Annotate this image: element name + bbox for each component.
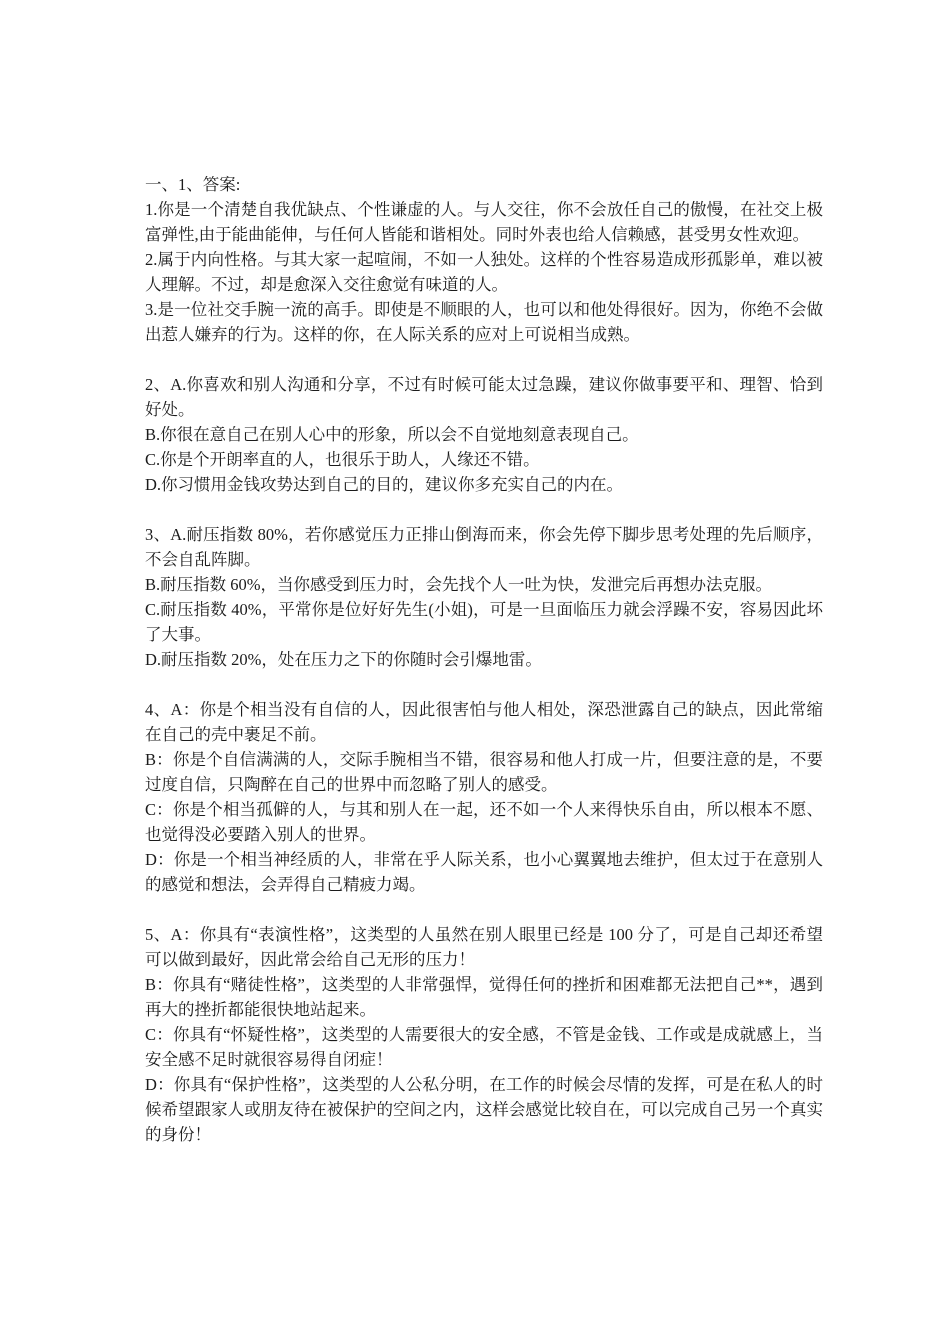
paragraph-q3-option-c: C.耐压指数 40%，平常你是位好好先生(小姐)，可是一旦面临压力就会浮躁不安，… [145,597,823,647]
paragraph-q4-option-d: D：你是一个相当神经质的人，非常在乎人际关系，也小心翼翼地去维护，但太过于在意别… [145,847,823,897]
paragraph-q1-result-2: 2.属于内向性格。与其大家一起喧闹，不如一人独处。这样的个性容易造成形孤影单，难… [145,247,823,297]
paragraph-q4-option-b: B：你是个自信满满的人，交际手腕相当不错，很容易和他人打成一片，但要注意的是，不… [145,747,823,797]
paragraph-q2-option-a: 2、A.你喜欢和别人沟通和分享，不过有时候可能太过急躁，建议你做事要平和、理智、… [145,372,823,422]
section-answers-q3: 3、A.耐压指数 80%，若你感觉压力正排山倒海而来，你会先停下脚步思考处理的先… [145,522,823,672]
paragraph-q1-result-1: 1.你是一个清楚自我优缺点、个性谦虚的人。与人交往，你不会放任自己的傲慢，在社交… [145,197,823,247]
paragraph-q4-option-c: C：你是个相当孤僻的人，与其和别人在一起，还不如一个人来得快乐自由，所以根本不愿… [145,797,823,847]
paragraph-q2-option-b: B.你很在意自己在别人心中的形象，所以会不自觉地刻意表现自己。 [145,422,823,447]
paragraph-q2-option-d: D.你习惯用金钱攻势达到自己的目的，建议你多充实自己的内在。 [145,472,823,497]
document-page: 一、1、答案: 1.你是一个清楚自我优缺点、个性谦虚的人。与人交往，你不会放任自… [0,0,950,1344]
paragraph-q3-option-a: 3、A.耐压指数 80%，若你感觉压力正排山倒海而来，你会先停下脚步思考处理的先… [145,522,823,572]
paragraph-q5-option-d: D：你具有“保护性格”，这类型的人公私分明，在工作的时候会尽情的发挥，可是在私人… [145,1072,823,1147]
section-answers-q4: 4、A：你是个相当没有自信的人，因此很害怕与他人相处，深恐泄露自己的缺点，因此常… [145,697,823,897]
paragraph-q5-option-b: B：你具有“赌徒性格”，这类型的人非常强悍，觉得任何的挫折和困难都无法把自己**… [145,972,823,1022]
paragraph-q4-option-a: 4、A：你是个相当没有自信的人，因此很害怕与他人相处，深恐泄露自己的缺点，因此常… [145,697,823,747]
document-content: 一、1、答案: 1.你是一个清楚自我优缺点、个性谦虚的人。与人交往，你不会放任自… [145,172,823,1147]
paragraph-q2-option-c: C.你是个开朗率直的人，也很乐于助人，人缘还不错。 [145,447,823,472]
section-answers-q5: 5、A：你具有“表演性格”，这类型的人虽然在别人眼里已经是 100 分了，可是自… [145,922,823,1147]
paragraph-q1-result-3: 3.是一位社交手腕一流的高手。即使是不顺眼的人，也可以和他处得很好。因为，你绝不… [145,297,823,347]
paragraph-q3-option-d: D.耐压指数 20%，处在压力之下的你随时会引爆地雷。 [145,647,823,672]
section-answers-q1: 一、1、答案: 1.你是一个清楚自我优缺点、个性谦虚的人。与人交往，你不会放任自… [145,172,823,347]
paragraph-q3-option-b: B.耐压指数 60%，当你感受到压力时，会先找个人一吐为快，发泄完后再想办法克服… [145,572,823,597]
paragraph-q5-option-a: 5、A：你具有“表演性格”，这类型的人虽然在别人眼里已经是 100 分了，可是自… [145,922,823,972]
paragraph-q5-option-c: C：你具有“怀疑性格”，这类型的人需要很大的安全感，不管是金钱、工作或是成就感上… [145,1022,823,1072]
section-answers-q2: 2、A.你喜欢和别人沟通和分享，不过有时候可能太过急躁，建议你做事要平和、理智、… [145,372,823,497]
answers-heading: 一、1、答案: [145,172,823,197]
